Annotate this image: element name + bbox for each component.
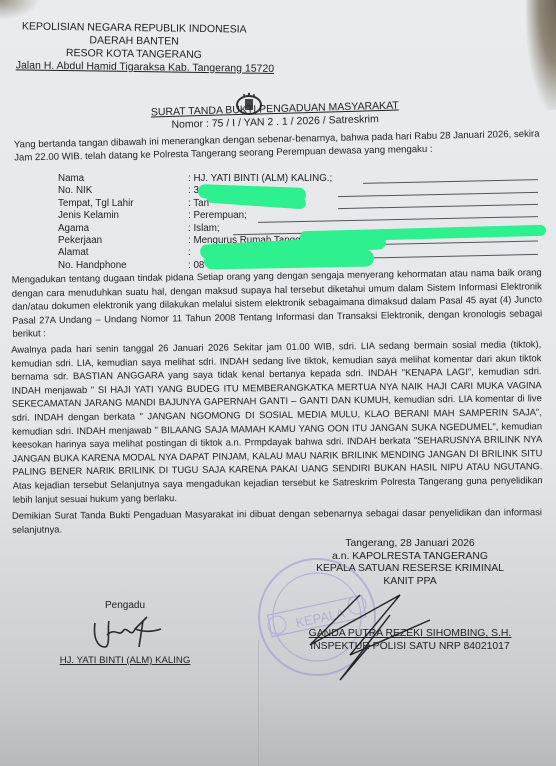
document-title-block: SURAT TANDA BUKTI PENGADUAN MASYARAKAT N… (150, 100, 401, 133)
intro-paragraph: Yang bertanda tangan dibawah ini meneran… (14, 127, 544, 164)
officer-name: GANDA PUTRA REZEKI SIHOMBING, S.H. (290, 628, 530, 641)
identity-row: Jenis Kelamin : Perempuan; (58, 210, 538, 222)
field-value: : Islam; (188, 223, 220, 234)
field-label: Alamat (58, 247, 188, 259)
complaint-paragraph: Mengadukan tentang dugaan tindak pidana … (12, 265, 543, 340)
closing-paragraph: Demikian Surat Tanda Bukti Pengaduan Mas… (12, 505, 542, 536)
place-date: Tangerang, 28 Januari 2026 (290, 538, 530, 551)
field-label: Nama (58, 173, 188, 185)
letterhead-address: Jalan H. Abdul Hamid Tigaraksa Kab. Tang… (16, 59, 248, 75)
complaint-receipt-document: KEPOLISIAN NEGARA REPUBLIK INDONESIA DAE… (0, 0, 556, 766)
letterhead: KEPOLISIAN NEGARA REPUBLIK INDONESIA DAE… (20, 20, 249, 75)
complainant-signature-icon (85, 613, 165, 655)
identity-row: Nama : HJ. YATI BINTI (ALM) KALING.; (58, 173, 538, 185)
chronology-paragraph: Awalnya pada hari senin tanggal 26 Janua… (11, 337, 543, 506)
officer-signature-block: Tangerang, 28 Januari 2026 a.n. KAPOLRES… (290, 538, 530, 653)
on-behalf-of: a.n. KAPOLRESTA TANGERANG (290, 551, 530, 564)
officer-rank-nrp: INSPEKTUR POLISI SATU NRP 84021017 (290, 641, 530, 654)
field-label: No. NIK (58, 185, 188, 197)
complainant-label: Pengadu (50, 600, 200, 611)
field-label: Pekerjaan (58, 235, 188, 247)
field-value: : HJ. YATI BINTI (ALM) KALING.; (188, 173, 332, 184)
field-label: Tempat, Tgl Lahir (58, 198, 188, 210)
redaction-mark (204, 250, 374, 270)
officer-position: KEPALA SATUAN RESERSE KRIMINAL (290, 563, 530, 576)
field-value: : Perempuan; (188, 210, 247, 221)
officer-unit: KANIT PPA (290, 576, 530, 589)
field-label: Jenis Kelamin (58, 210, 188, 222)
field-value: : (188, 247, 191, 258)
complainant-signature-block: Pengadu HJ. YATI BINTI (ALM) KALING (50, 600, 200, 666)
complainant-name: HJ. YATI BINTI (ALM) KALING (50, 655, 200, 666)
field-label: Agama (58, 223, 188, 235)
